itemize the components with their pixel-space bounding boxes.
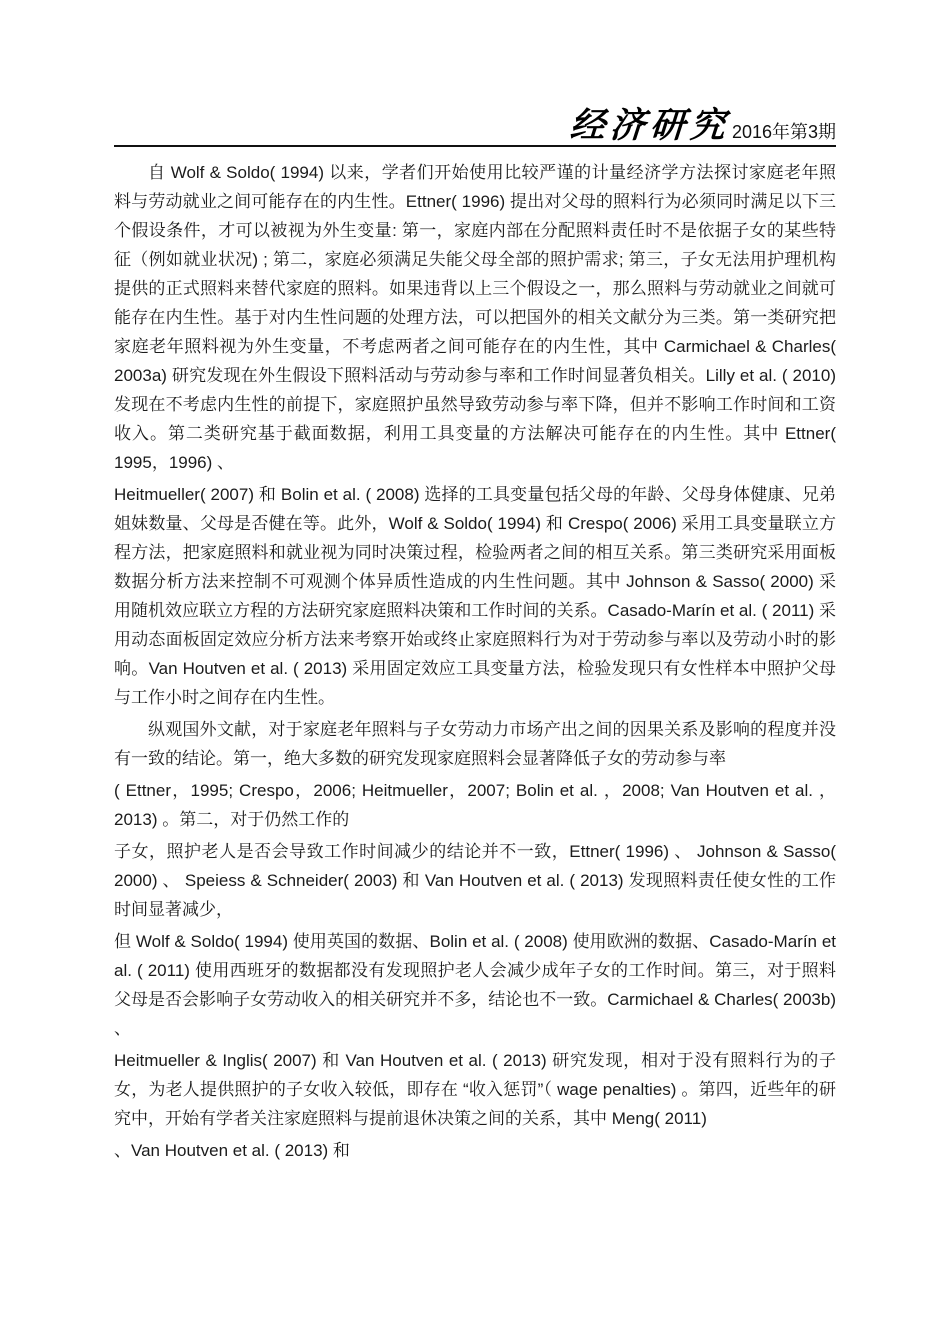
body-text: 自 Wolf & Soldo( 1994) 以来，学者们开始使用比较严谨的计量经… [114, 158, 836, 1168]
journal-page: 经济研究 2016年第3期 自 Wolf & Soldo( 1994) 以来，学… [0, 0, 950, 1344]
paragraph: 子女，照护老人是否会导致工作时间减少的结论并不一致，Ettner( 1996) … [114, 837, 836, 924]
paragraph: ( Ettner，1995; Crespo，2006; Heitmueller，… [114, 776, 836, 834]
journal-logo: 经济研究 [569, 108, 731, 143]
paragraph: Heitmueller( 2007) 和 Bolin et al. ( 2008… [114, 480, 836, 712]
paragraph: 、Van Houtven et al. ( 2013) 和 [114, 1136, 836, 1165]
issue-label: 2016年第3期 [732, 123, 836, 141]
paragraph: Heitmueller & Inglis( 2007) 和 Van Houtve… [114, 1046, 836, 1133]
header-rule [114, 145, 836, 147]
paragraph: 自 Wolf & Soldo( 1994) 以来，学者们开始使用比较严谨的计量经… [114, 158, 836, 477]
paragraph: 但 Wolf & Soldo( 1994) 使用英国的数据、Bolin et a… [114, 927, 836, 1043]
paragraph: 纵观国外文献，对于家庭老年照料与子女劳动力市场产出之间的因果关系及影响的程度并没… [114, 715, 836, 773]
journal-header: 经济研究 2016年第3期 [114, 101, 836, 143]
